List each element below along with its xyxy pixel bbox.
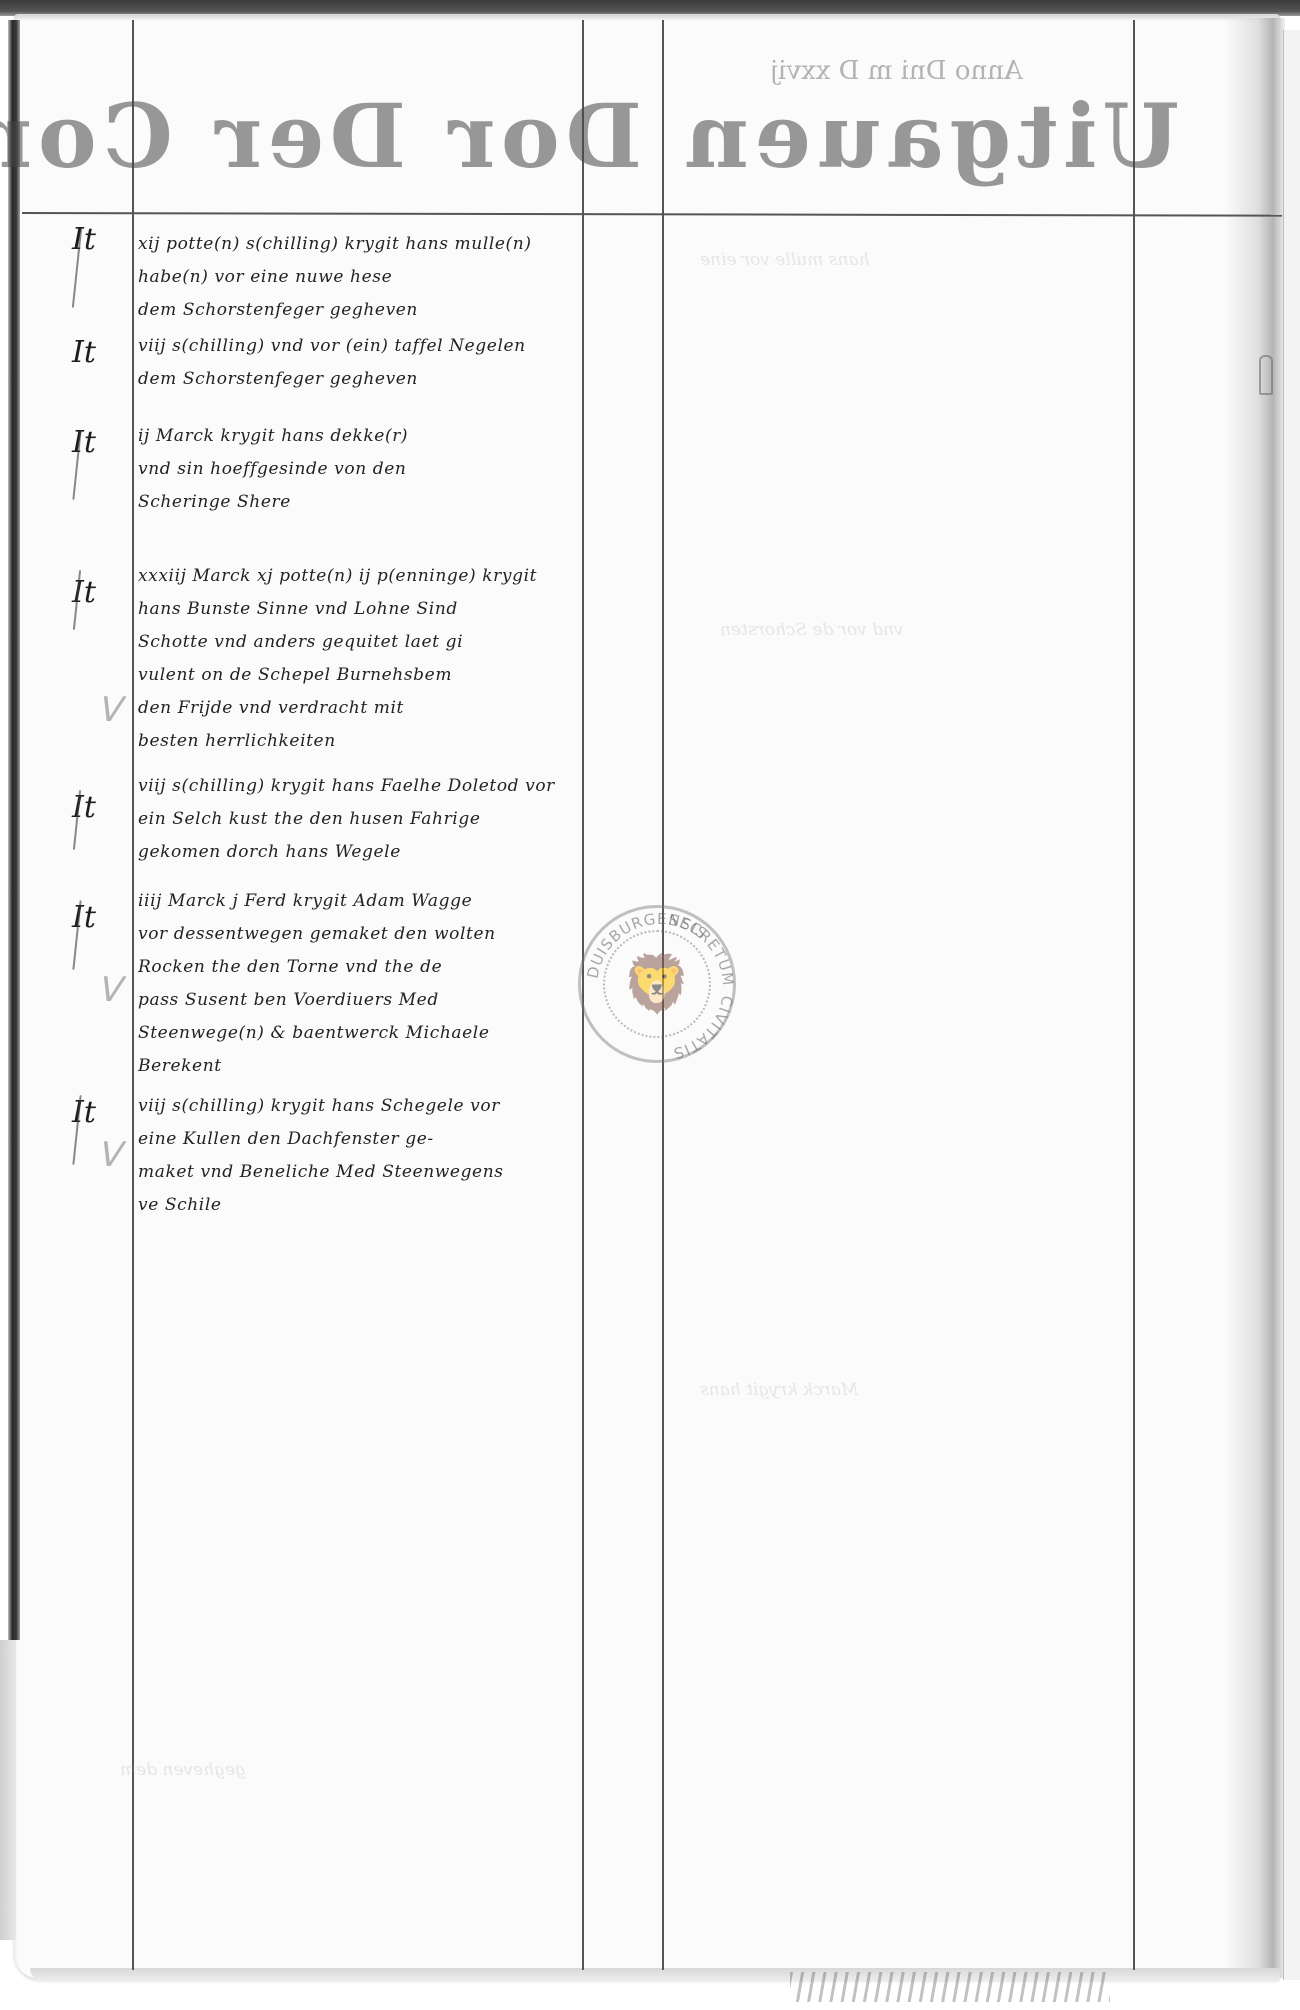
entry-line: viij s(chilling) krygit hans Faelhe Dole… (138, 770, 578, 803)
bleedthrough-text: Marck krygit hans (700, 1380, 858, 1400)
entry-line: habe(n) vor eine nuwe hese (138, 261, 578, 294)
entry-line: vulent on de Schepel Burnehsbem (138, 659, 578, 692)
bleedthrough-text: gegheven dem (120, 1760, 246, 1780)
seal-legend-bottom: CIVITATIS (671, 994, 737, 1063)
entry-line: vnd sin hoeffgesinde von den (138, 453, 578, 486)
entry-line: den Frijde vnd verdracht mit (138, 692, 578, 725)
binding-thread (1259, 355, 1273, 395)
entry-line: iiij Marck j Ferd krygit Adam Wagge (138, 885, 578, 918)
page-curl-shadow (1225, 18, 1285, 1978)
ledger-entry: viij s(chilling) vnd vor (ein) taffel Ne… (138, 330, 578, 396)
entry-line: ein Selch kust the den husen Fahrige (138, 803, 578, 836)
entry-line: gekomen dorch hans Wegele (138, 836, 578, 869)
entry-line: Schotte vnd anders gequitet laet gi (138, 626, 578, 659)
ledger-entry: viij s(chilling) krygit hans Faelhe Dole… (138, 770, 578, 869)
entry-line: Scheringe Shere (138, 486, 578, 519)
item-marker: It (72, 335, 96, 370)
next-leaf-edge (1283, 30, 1300, 1980)
entry-line: eine Kullen den Dachfenster ge- (138, 1123, 578, 1156)
ledger-entry: ij Marck krygit hans dekke(r) vnd sin ho… (138, 420, 578, 519)
header-title: Uitgauen Dor Der Comuner (260, 92, 1180, 180)
item-marker: It (72, 222, 96, 257)
entry-line: xij potte(n) s(chilling) krygit hans mul… (138, 228, 578, 261)
ledger-entry: iiij Marck j Ferd krygit Adam Wagge vor … (138, 885, 578, 1083)
entry-line: ve Schile (138, 1189, 578, 1222)
item-marker: It (72, 425, 96, 460)
ledger-entry: xxxiij Marck xj potte(n) ij p(enninge) k… (138, 560, 578, 758)
column-rule-3 (1133, 20, 1135, 1970)
frayed-paper-edge (790, 1972, 1110, 2002)
entry-line: ij Marck krygit hans dekke(r) (138, 420, 578, 453)
entry-line: pass Susent ben Voerdiuers Med (138, 984, 578, 1017)
seal-legend-top: SECRETUM (667, 911, 737, 988)
entry-line: hans Bunste Sinne vnd Lohne Sind (138, 593, 578, 626)
bleedthrough-text: hans mulle vor eine (700, 250, 869, 270)
entry-line: maket vnd Beneliche Med Steenwegens (138, 1156, 578, 1189)
entry-line: xxxiij Marck xj potte(n) ij p(enninge) k… (138, 560, 578, 593)
entry-line: dem Schorstenfeger gegheven (138, 294, 578, 327)
book-spine-edge (8, 20, 20, 1640)
svg-text:CIVITATIS: CIVITATIS (671, 994, 737, 1063)
entry-line: viij s(chilling) vnd vor (ein) taffel Ne… (138, 330, 578, 363)
ledger-entry: viij s(chilling) krygit hans Schegele vo… (138, 1090, 578, 1222)
seal-legend: DUISBURGENSIS SECRETUM CIVITATIS (581, 908, 739, 1066)
ledger-entry: xij potte(n) s(chilling) krygit hans mul… (138, 228, 578, 327)
svg-text:SECRETUM: SECRETUM (667, 911, 737, 988)
entry-line: besten herrlichkeiten (138, 725, 578, 758)
header-date-note: Anno Dni m D xxvij (770, 56, 1023, 86)
entry-line: Rocken the den Torne vnd the de (138, 951, 578, 984)
entry-line: Berekent (138, 1050, 578, 1083)
book-spine-edge-lower (0, 1640, 16, 1940)
entry-line: Steenwege(n) & baentwerck Michaele (138, 1017, 578, 1050)
entry-line: viij s(chilling) krygit hans Schegele vo… (138, 1090, 578, 1123)
manuscript-scan: Anno Dni m D xxvij Uitgauen Dor Der Comu… (0, 0, 1300, 2010)
archive-seal-stamp: 🦁 DUISBURGENSIS SECRETUM CIVITATIS (578, 905, 736, 1063)
entry-line: vor dessentwegen gemaket den wolten (138, 918, 578, 951)
entry-line: dem Schorstenfeger gegheven (138, 363, 578, 396)
margin-rule (132, 20, 134, 1970)
bleedthrough-text: vnd vor de Schorsten (720, 620, 904, 640)
